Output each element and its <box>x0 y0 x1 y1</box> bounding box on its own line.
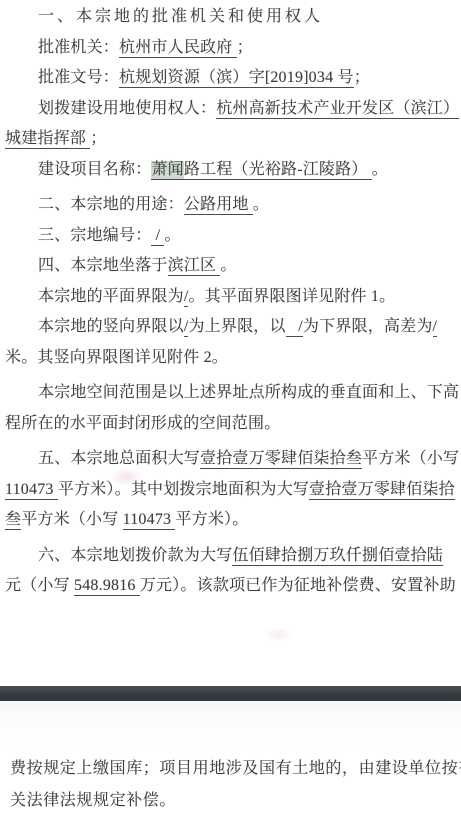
search-highlight: 萧闻 <box>151 161 183 180</box>
doc-line: 本宗地的平面界限为/。其平面界限图详见附件 1。 <box>5 282 453 313</box>
doc-line: 三、宗地编号： / 。 <box>5 221 453 252</box>
doc-text: 划拨建设用地使用权人： <box>38 100 216 117</box>
doc-line: 关法律法规规定补偿。 <box>10 785 453 817</box>
doc-text: 费按规定上缴国库；项目用地涉及国有土地的，由建设单位按有 <box>10 760 461 777</box>
doc-line: 110473 平方米）。其中划拨宗地面积为大写壹拾壹万零肆佰柒拾 <box>5 475 453 506</box>
underlined-field-value: / <box>433 318 438 337</box>
doc-text: 。 <box>372 161 388 178</box>
doc-text: 平方米（小写 <box>21 511 122 528</box>
doc-text: 建设项目名称： <box>38 161 151 178</box>
doc-text: 平方米）。 <box>175 511 248 528</box>
document-viewer: 一、本宗地的批准机关和使用权人批准机关：杭州市人民政府 ；批准文号：杭规划资源（… <box>0 0 461 824</box>
doc-line: 元（小写 548.9816 万元）。该款项已作为征地补偿费、安置补助 <box>5 571 453 602</box>
doc-line: 叁平方米（小写 110473 平方米）。 <box>5 505 453 536</box>
underlined-field-value: 548.9816 <box>74 577 140 596</box>
doc-text: 关法律法规规定补偿。 <box>10 792 176 809</box>
underlined-field-value: 叁 <box>5 511 21 530</box>
doc-text: 五、本宗地总面积大写 <box>38 450 200 467</box>
doc-text: 元（小写 <box>5 577 74 594</box>
doc-text: 为上界限，以 <box>188 318 285 335</box>
underlined-field-value: 壹拾壹万零肆佰柒拾叁 <box>200 450 362 469</box>
doc-text: 。 <box>220 257 236 274</box>
doc-text: 。 <box>253 196 269 213</box>
doc-text: ； <box>354 69 370 86</box>
document-page-1: 一、本宗地的批准机关和使用权人批准机关：杭州市人民政府 ；批准文号：杭规划资源（… <box>0 0 461 686</box>
underlined-field-value: 城建指挥部 <box>5 130 90 149</box>
doc-text: ； <box>237 39 253 56</box>
doc-text: 本宗地的平面界限为 <box>38 288 184 305</box>
doc-line: 六、本宗地划拨价款为大写伍佰肆拾捌万玖仟捌佰壹拾陆 <box>5 541 453 572</box>
document-page-2: 费按规定上缴国库；项目用地涉及国有土地的，由建设单位按有关法律法规规定补偿。 <box>0 701 461 824</box>
doc-line: 批准文号：杭规划资源（滨）字[2019]034 号； <box>5 63 453 94</box>
doc-text: 批准文号： <box>38 69 119 86</box>
doc-text: 平方米（小写 <box>362 450 459 467</box>
underlined-field-value: 伍佰肆拾捌万玖仟捌佰壹拾陆 <box>232 547 443 566</box>
doc-line: 本宗地空间范围是以上述界址点所构成的垂直面和上、下高 <box>5 378 453 409</box>
doc-text: 。 <box>164 227 180 244</box>
doc-line: 五、本宗地总面积大写壹拾壹万零肆佰柒拾叁平方米（小写 <box>5 444 453 475</box>
doc-line: 划拨建设用地使用权人：杭州高新技术产业开发区（滨江） <box>5 94 453 125</box>
underlined-field-value: 110473 <box>123 511 176 530</box>
doc-text: 一、本宗地的批准机关和使用权人 <box>38 8 323 25</box>
page-separator <box>0 686 461 701</box>
doc-text: ； <box>90 130 106 147</box>
doc-line: 费按规定上缴国库；项目用地涉及国有土地的，由建设单位按有 <box>10 753 453 785</box>
doc-line: 本宗地的竖向界限以/为上界限，以 /为下界限，高差为/ <box>5 312 453 343</box>
doc-line: 一、本宗地的批准机关和使用权人 <box>5 2 453 33</box>
underlined-field-value: 滨江区 <box>168 257 221 276</box>
underlined-field-value: 杭州高新技术产业开发区（滨江） <box>216 100 459 119</box>
underlined-field-value: 110473 <box>5 481 58 500</box>
doc-line: 米。其竖向界限图详见附件 2。 <box>5 343 453 374</box>
underlined-field-value: 杭州市人民政府 <box>119 39 237 58</box>
underlined-field-value: 路工程（光裕路-江陵路） <box>184 161 372 180</box>
underlined-field-value: 公路用地 <box>184 196 253 215</box>
underlined-field-value: / <box>286 318 303 337</box>
doc-line: 批准机关：杭州市人民政府 ； <box>5 33 453 64</box>
underlined-field-value: 壹拾壹万零肆佰柒拾 <box>309 481 455 500</box>
doc-text: 三、宗地编号： <box>38 227 151 244</box>
doc-text: 为下界限，高差为 <box>303 318 433 335</box>
underlined-field-value: / <box>151 227 164 246</box>
doc-line: 建设项目名称：萧闻路工程（光裕路-江陵路） 。 <box>5 155 453 186</box>
doc-text: 二、本宗地的用途： <box>38 196 184 213</box>
doc-line: 程所在的水平面封闭形成的空间范围。 <box>5 409 453 440</box>
doc-text: 本宗地的竖向界限以 <box>38 318 184 335</box>
doc-text: 四、本宗地坐落于 <box>38 257 168 274</box>
doc-text: 平方米）。其中划拨宗地面积为大写 <box>58 481 309 498</box>
underlined-field-value: 杭规划资源（滨）字[2019]034 号 <box>119 69 354 88</box>
doc-line: 城建指挥部 ； <box>5 124 453 155</box>
doc-text: 万元）。该款项已作为征地补偿费、安置补助 <box>140 577 456 594</box>
doc-text: 本宗地空间范围是以上述界址点所构成的垂直面和上、下高 <box>38 384 459 401</box>
doc-text: 米。其竖向界限图详见附件 2。 <box>5 349 228 366</box>
doc-text: 批准机关： <box>38 39 119 56</box>
doc-text: 六、本宗地划拨价款为大写 <box>38 547 232 564</box>
doc-line: 二、本宗地的用途：公路用地 。 <box>5 190 453 221</box>
doc-text: 程所在的水平面封闭形成的空间范围。 <box>5 415 280 432</box>
doc-line: 四、本宗地坐落于滨江区 。 <box>5 251 453 282</box>
doc-text: 。其平面界限图详见附件 1。 <box>188 288 395 305</box>
